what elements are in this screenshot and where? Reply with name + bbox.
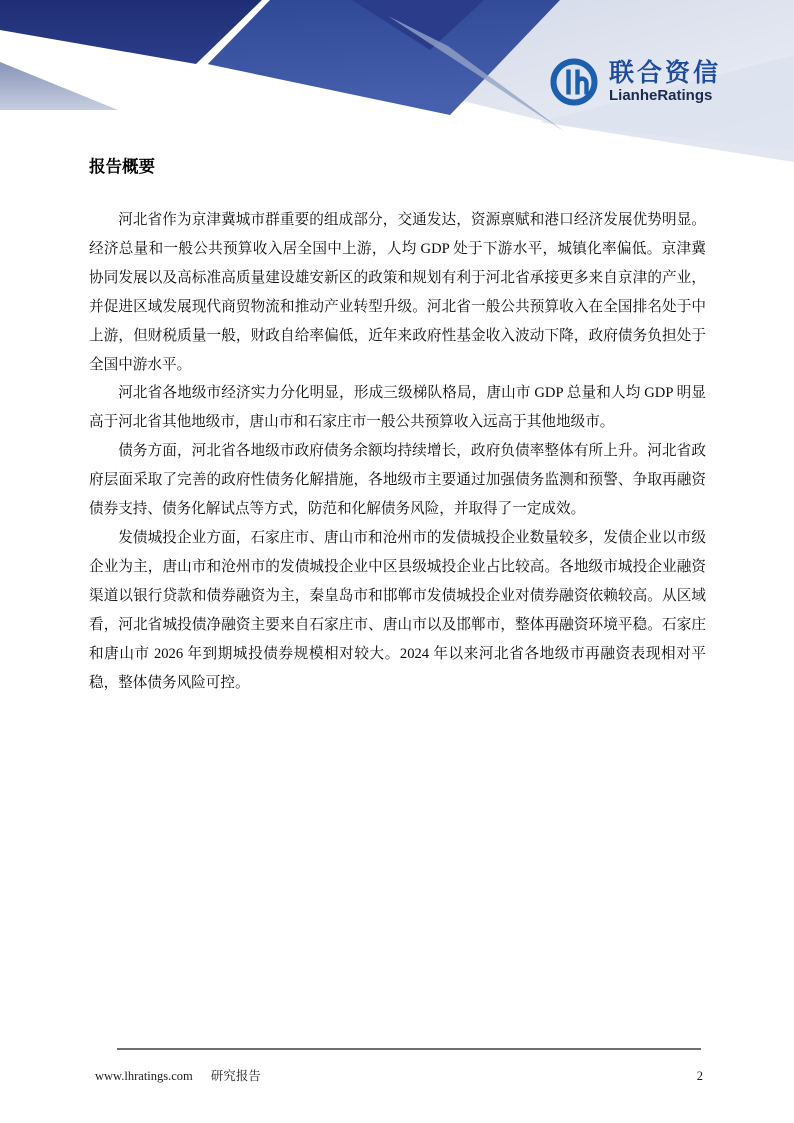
- logo-name-cn: 联合资信: [609, 60, 721, 86]
- logo-name-en: LianheRatings: [609, 88, 721, 104]
- logo-text: 联合资信 LianheRatings: [609, 60, 721, 104]
- footer-divider: [117, 1048, 701, 1050]
- report-paragraph-debt: 债务方面，河北省各地级市政府债务余额均持续增长，政府负债率整体有所上升。河北省政…: [89, 437, 706, 524]
- report-page: 联合资信 LianheRatings 报告概要 河北省作为京津冀城市群重要的组成…: [0, 0, 794, 1123]
- report-heading: 报告概要: [89, 157, 706, 177]
- lianhe-logo-icon: [548, 56, 600, 108]
- footer-doc-type: 研究报告: [211, 1066, 261, 1084]
- report-paragraph-lgfv: 发债城投企业方面，石家庄市、唐山市和沧州市的发债城投企业数量较多，发债企业以市级…: [89, 524, 706, 697]
- report-paragraph-overview: 河北省作为京津冀城市群重要的组成部分，交通发达，资源禀赋和港口经济发展优势明显。…: [89, 206, 706, 379]
- report-paragraphs: 河北省作为京津冀城市群重要的组成部分，交通发达，资源禀赋和港口经济发展优势明显。…: [89, 206, 706, 697]
- footer-website: www.lhratings.com: [95, 1069, 193, 1084]
- report-content: 报告概要 河北省作为京津冀城市群重要的组成部分，交通发达，资源禀赋和港口经济发展…: [89, 157, 706, 697]
- footer-page-number: 2: [697, 1069, 703, 1084]
- footer: www.lhratings.com 研究报告 2: [95, 1066, 703, 1084]
- footer-left: www.lhratings.com 研究报告: [95, 1066, 261, 1084]
- lianhe-ratings-logo: 联合资信 LianheRatings: [548, 56, 721, 108]
- report-paragraph-cities: 河北省各地级市经济实力分化明显，形成三级梯队格局，唐山市 GDP 总量和人均 G…: [89, 379, 706, 437]
